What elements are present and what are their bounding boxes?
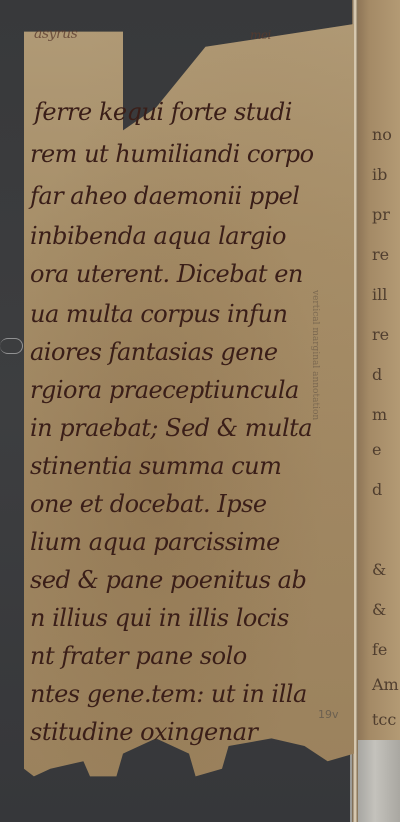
text-line-14: n illius qui in illis locis — [30, 604, 289, 632]
facing-letter: d — [372, 365, 382, 384]
facing-letter: d — [372, 480, 382, 499]
text-line-5: ora uterent. Dicebat en — [30, 260, 303, 288]
facing-letter: ill — [372, 285, 387, 304]
facing-letter: no — [372, 125, 392, 144]
text-line-13: sed & pane poenitus ab — [30, 566, 306, 594]
facing-letter: & — [372, 600, 386, 619]
facing-letter: m — [372, 405, 387, 424]
text-line-6: ua multa corpus infun — [30, 300, 287, 328]
facing-letter: tcc — [372, 710, 396, 729]
facing-letter: Am — [372, 675, 399, 694]
text-line-1: ferre kequi forte studi — [34, 98, 292, 126]
text-line-7: aiores fantasias gene — [30, 338, 278, 366]
text-line-2: rem ut humiliandi corpo — [30, 140, 314, 168]
facing-letter: & — [372, 560, 386, 579]
text-line-12: lium aqua parcissime — [30, 528, 280, 556]
binding-thread — [0, 338, 23, 354]
text-line-3: far aheo daemonii ppel — [30, 182, 299, 210]
folio-number: 19v — [318, 708, 339, 721]
text-line-4: inbibenda aqua largio — [30, 222, 286, 250]
facing-letter: pr — [372, 205, 390, 224]
facing-letter: ib — [372, 165, 387, 184]
text-line-16: ntes gene.tem: ut in illa — [30, 680, 307, 708]
facing-letter: re — [372, 325, 389, 344]
marginal-note: vertical marginal annotation — [310, 290, 320, 440]
text-line-11: one et docebat. Ipse — [30, 490, 267, 518]
facing-letter: re — [372, 245, 389, 264]
facing-letter: e — [372, 440, 381, 459]
parchment-fragment — [24, 24, 354, 784]
header-fragment-right: mei — [250, 28, 271, 42]
text-line-17: stitudine oxingenar — [30, 718, 258, 746]
text-line-8: rgiora praeceptiuncula — [30, 376, 299, 404]
text-line-15: nt frater pane solo — [30, 642, 247, 670]
header-fragment-left: asyrus — [34, 26, 77, 42]
facing-letter: fe — [372, 640, 387, 659]
text-line-10: stinentia summa cum — [30, 452, 281, 480]
text-line-9: in praebat; Sed & multa — [30, 414, 312, 442]
